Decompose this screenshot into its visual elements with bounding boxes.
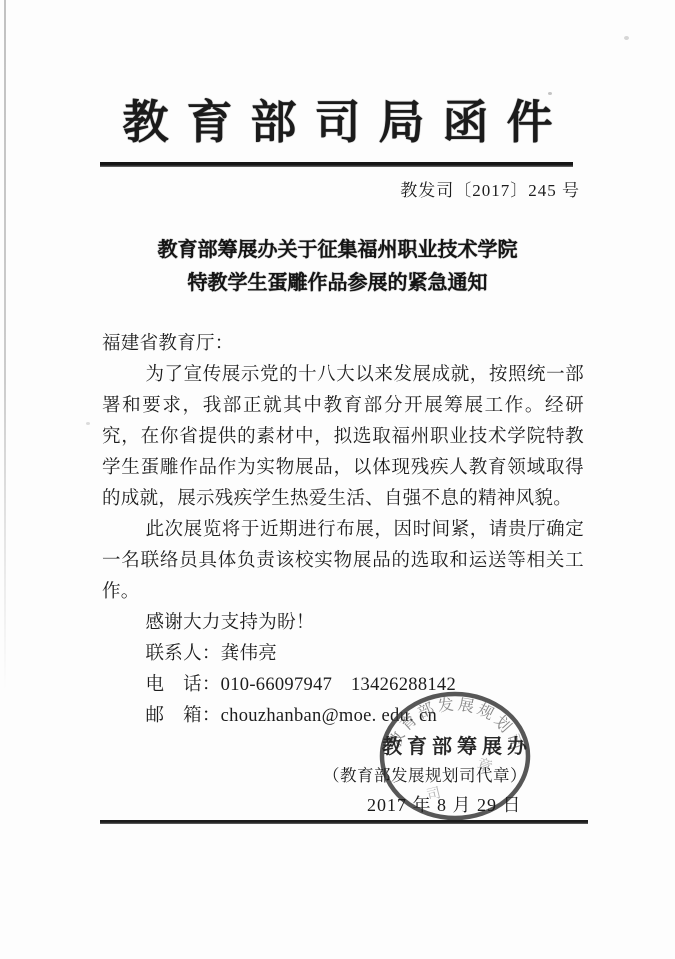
letter-body: 福建省教育厅： 为了宣传展示党的十八大以来发展成就，按照统一部署和要求，我部正就… (102, 329, 584, 732)
scan-speck (548, 92, 552, 95)
notice-title-line2: 特教学生蛋雕作品参展的紧急通知 (60, 267, 615, 300)
email-label: 邮 箱： (145, 706, 220, 726)
notice-title: 教育部筹展办关于征集福州职业技术学院 特教学生蛋雕作品参展的紧急通知 (60, 234, 615, 300)
seal-office-name-overlay: 教育部筹展办 (382, 730, 532, 759)
letterhead-title: 教育部司局函件 (0, 99, 675, 147)
date-line: 2017 年 8 月 29 日 (367, 791, 522, 817)
scanned-official-letter-page: 教育部司局函件 教发司〔2017〕245 号 教育部筹展办关于征集福州职业技术学… (0, 0, 675, 959)
contact-label: 联系人： (145, 644, 220, 664)
body-paragraph-thanks: 感谢大力支持为盼！ (102, 608, 584, 639)
contact-name: 龚伟亮 (221, 644, 277, 664)
body-paragraph-1: 为了宣传展示党的十八大以来发展成就，按照统一部署和要求，我部正就其中教育部分开展… (102, 360, 584, 515)
header-rule (100, 162, 573, 167)
scan-speck (624, 36, 629, 40)
contact-line: 联系人：龚伟亮 (102, 639, 584, 670)
recipient-line: 福建省教育厅： (102, 329, 584, 360)
notice-title-line1: 教育部筹展办关于征集福州职业技术学院 (60, 234, 615, 267)
footer-rule (100, 820, 588, 824)
document-number: 教发司〔2017〕245 号 (0, 176, 580, 201)
scan-speck (86, 422, 90, 425)
phone-label: 电 话： (145, 675, 220, 695)
body-paragraph-2: 此次展览将于近期进行布展，因时间紧，请贵厅确定一名联络员具体负责该校实物展品的选… (102, 515, 584, 608)
agent-signature-line: （教育部发展规划司代章） (323, 762, 527, 786)
